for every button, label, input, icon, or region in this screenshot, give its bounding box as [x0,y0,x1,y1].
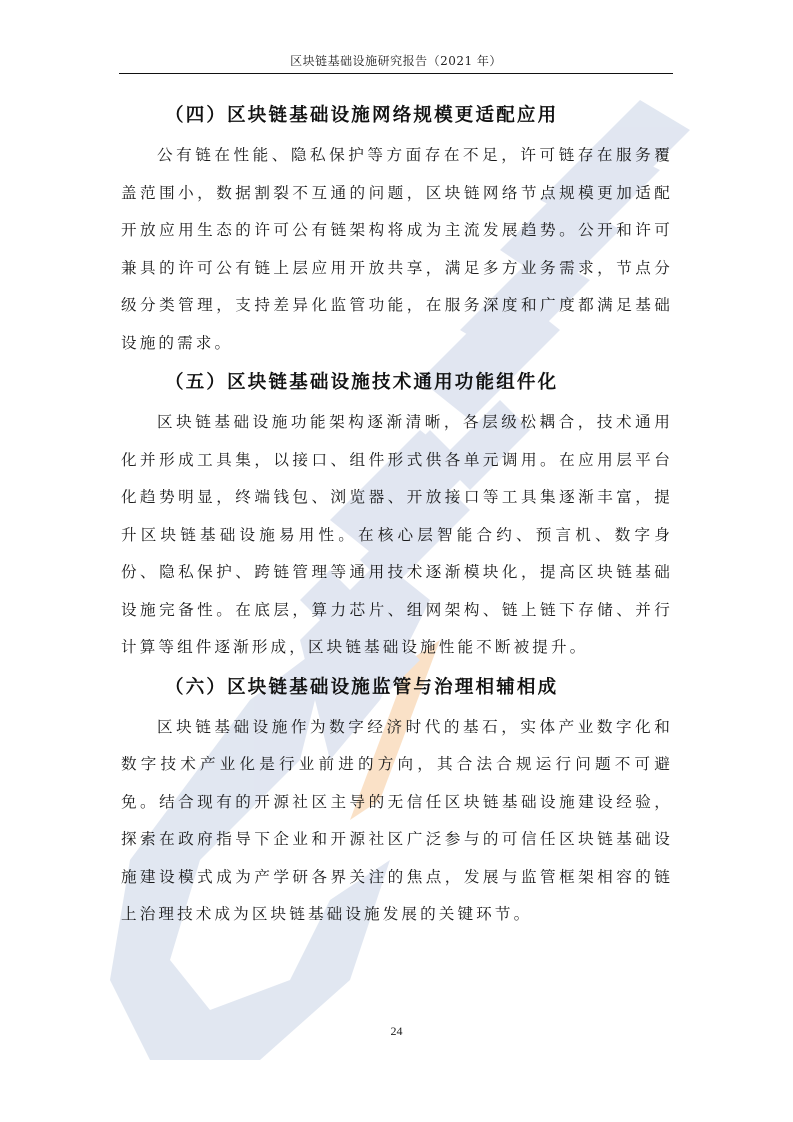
section-4-paragraph: 公有链在性能、隐私保护等方面存在不足，许可链存在服务覆盖范围小，数据割裂不互通的… [121,137,673,362]
header-divider [119,73,673,74]
page-body: （四）区块链基础设施网络规模更适配应用 公有链在性能、隐私保护等方面存在不足，许… [121,95,673,934]
page-number: 24 [0,1024,793,1039]
section-heading-4: （四）区块链基础设施网络规模更适配应用 [121,95,673,137]
running-header: 区块链基础设施研究报告（2021 年） [119,52,673,69]
section-5-paragraph: 区块链基础设施功能架构逐渐清晰，各层级松耦合，技术通用化并形成工具集，以接口、组… [121,404,673,667]
section-heading-6: （六）区块链基础设施监管与治理相辅相成 [121,667,673,709]
section-heading-5: （五）区块链基础设施技术通用功能组件化 [121,362,673,404]
section-6-paragraph: 区块链基础设施作为数字经济时代的基石，实体产业数字化和数字技术产业化是行业前进的… [121,709,673,934]
